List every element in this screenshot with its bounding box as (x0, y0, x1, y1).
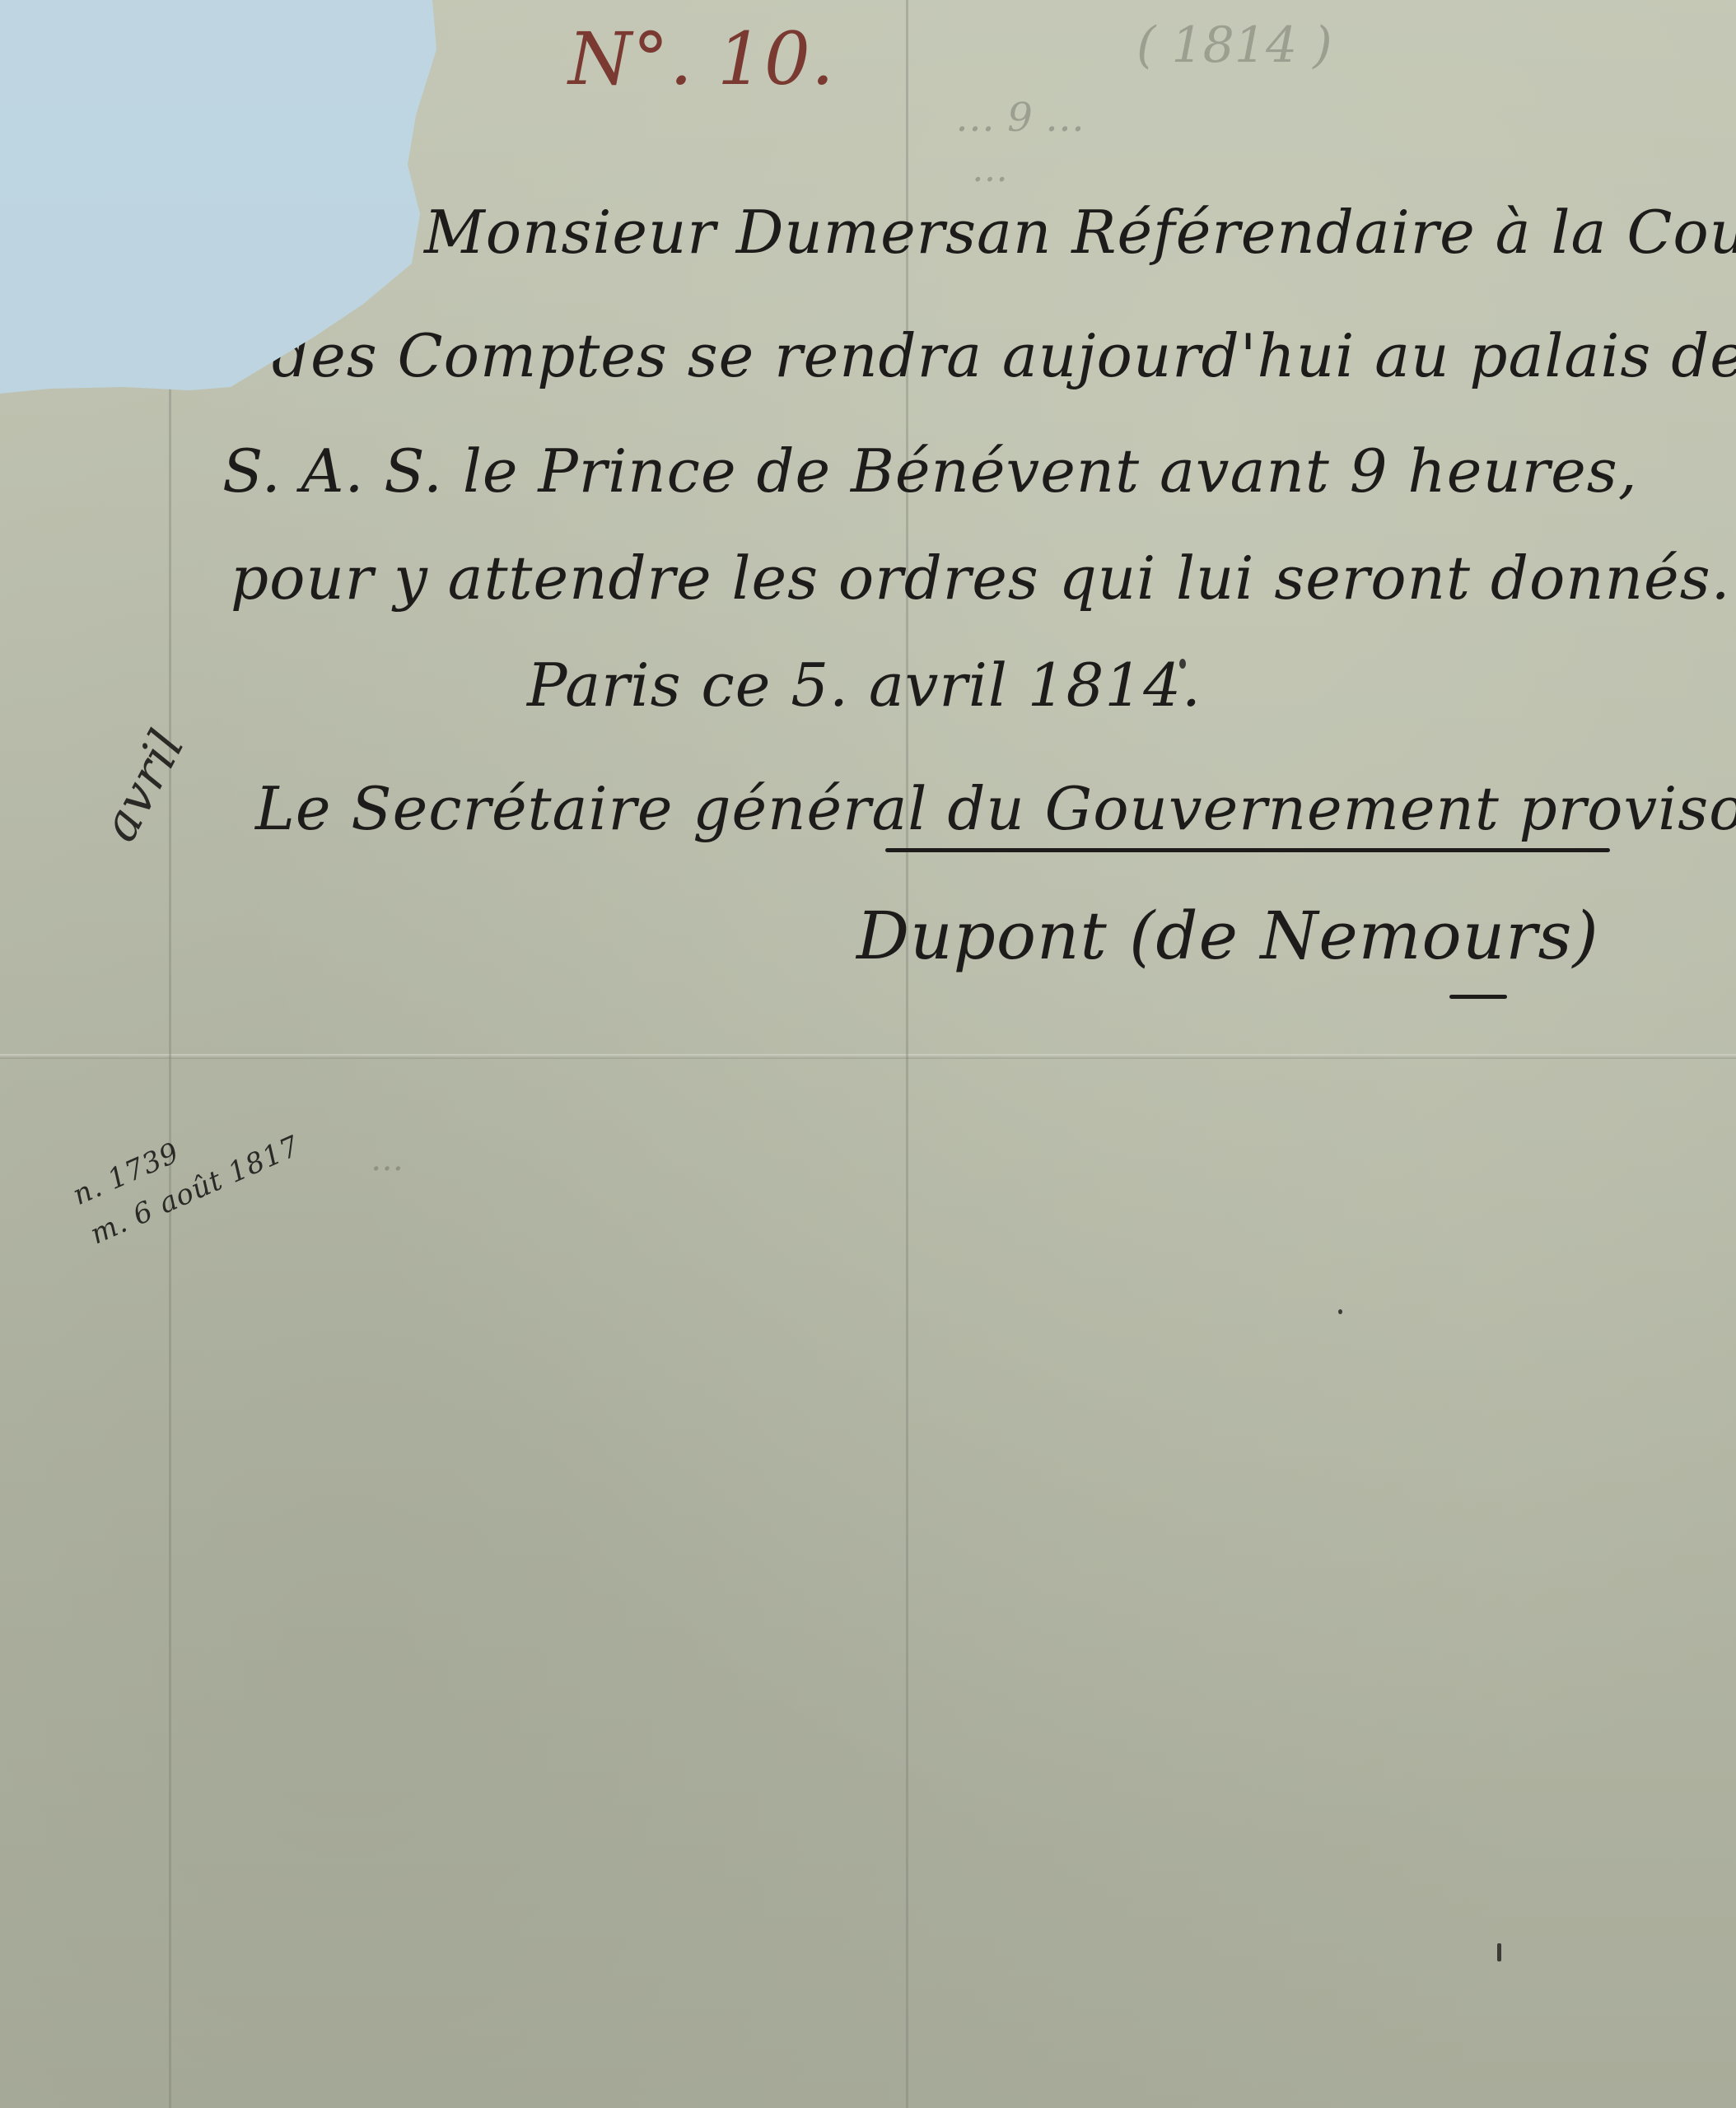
signature-flourish (1449, 995, 1507, 999)
bleedthrough-text-3: … (972, 148, 1008, 190)
margin-note: avril (91, 721, 196, 851)
body-line-3: S. A. S. le Prince de Bénévent avant 9 h… (222, 436, 1638, 506)
ink-spot (1497, 1943, 1501, 1961)
ink-spot (1179, 659, 1186, 669)
title-underline (885, 848, 1610, 852)
signature: Dupont (de Nemours) (856, 898, 1599, 974)
body-line-4: pour y attendre les ordres qui lui seron… (231, 543, 1730, 613)
signatory-title: Le Secrétaire général du Gouvernement pr… (255, 774, 1736, 843)
body-line-2: des Comptes se rendra aujourd'hui au pal… (272, 321, 1736, 390)
vertical-fold-line-center (906, 0, 908, 2108)
bleedthrough-text-2: … 9 … (955, 95, 1085, 141)
bleedthrough-text-1: ( 1814 ) (1136, 16, 1332, 74)
date-line: Paris ce 5. avril 1814. (527, 651, 1202, 720)
document-number: N°. 10. (568, 16, 835, 101)
bleedthrough-text-4: … (371, 1140, 404, 1178)
body-line-1: Monsieur Dumersan Référendaire à la Cour (424, 198, 1736, 267)
ink-spot (1338, 1309, 1342, 1314)
archive-note: n. 1739 m. 6 août 1817 (66, 1086, 307, 1256)
horizontal-fold-line (0, 1054, 1736, 1059)
